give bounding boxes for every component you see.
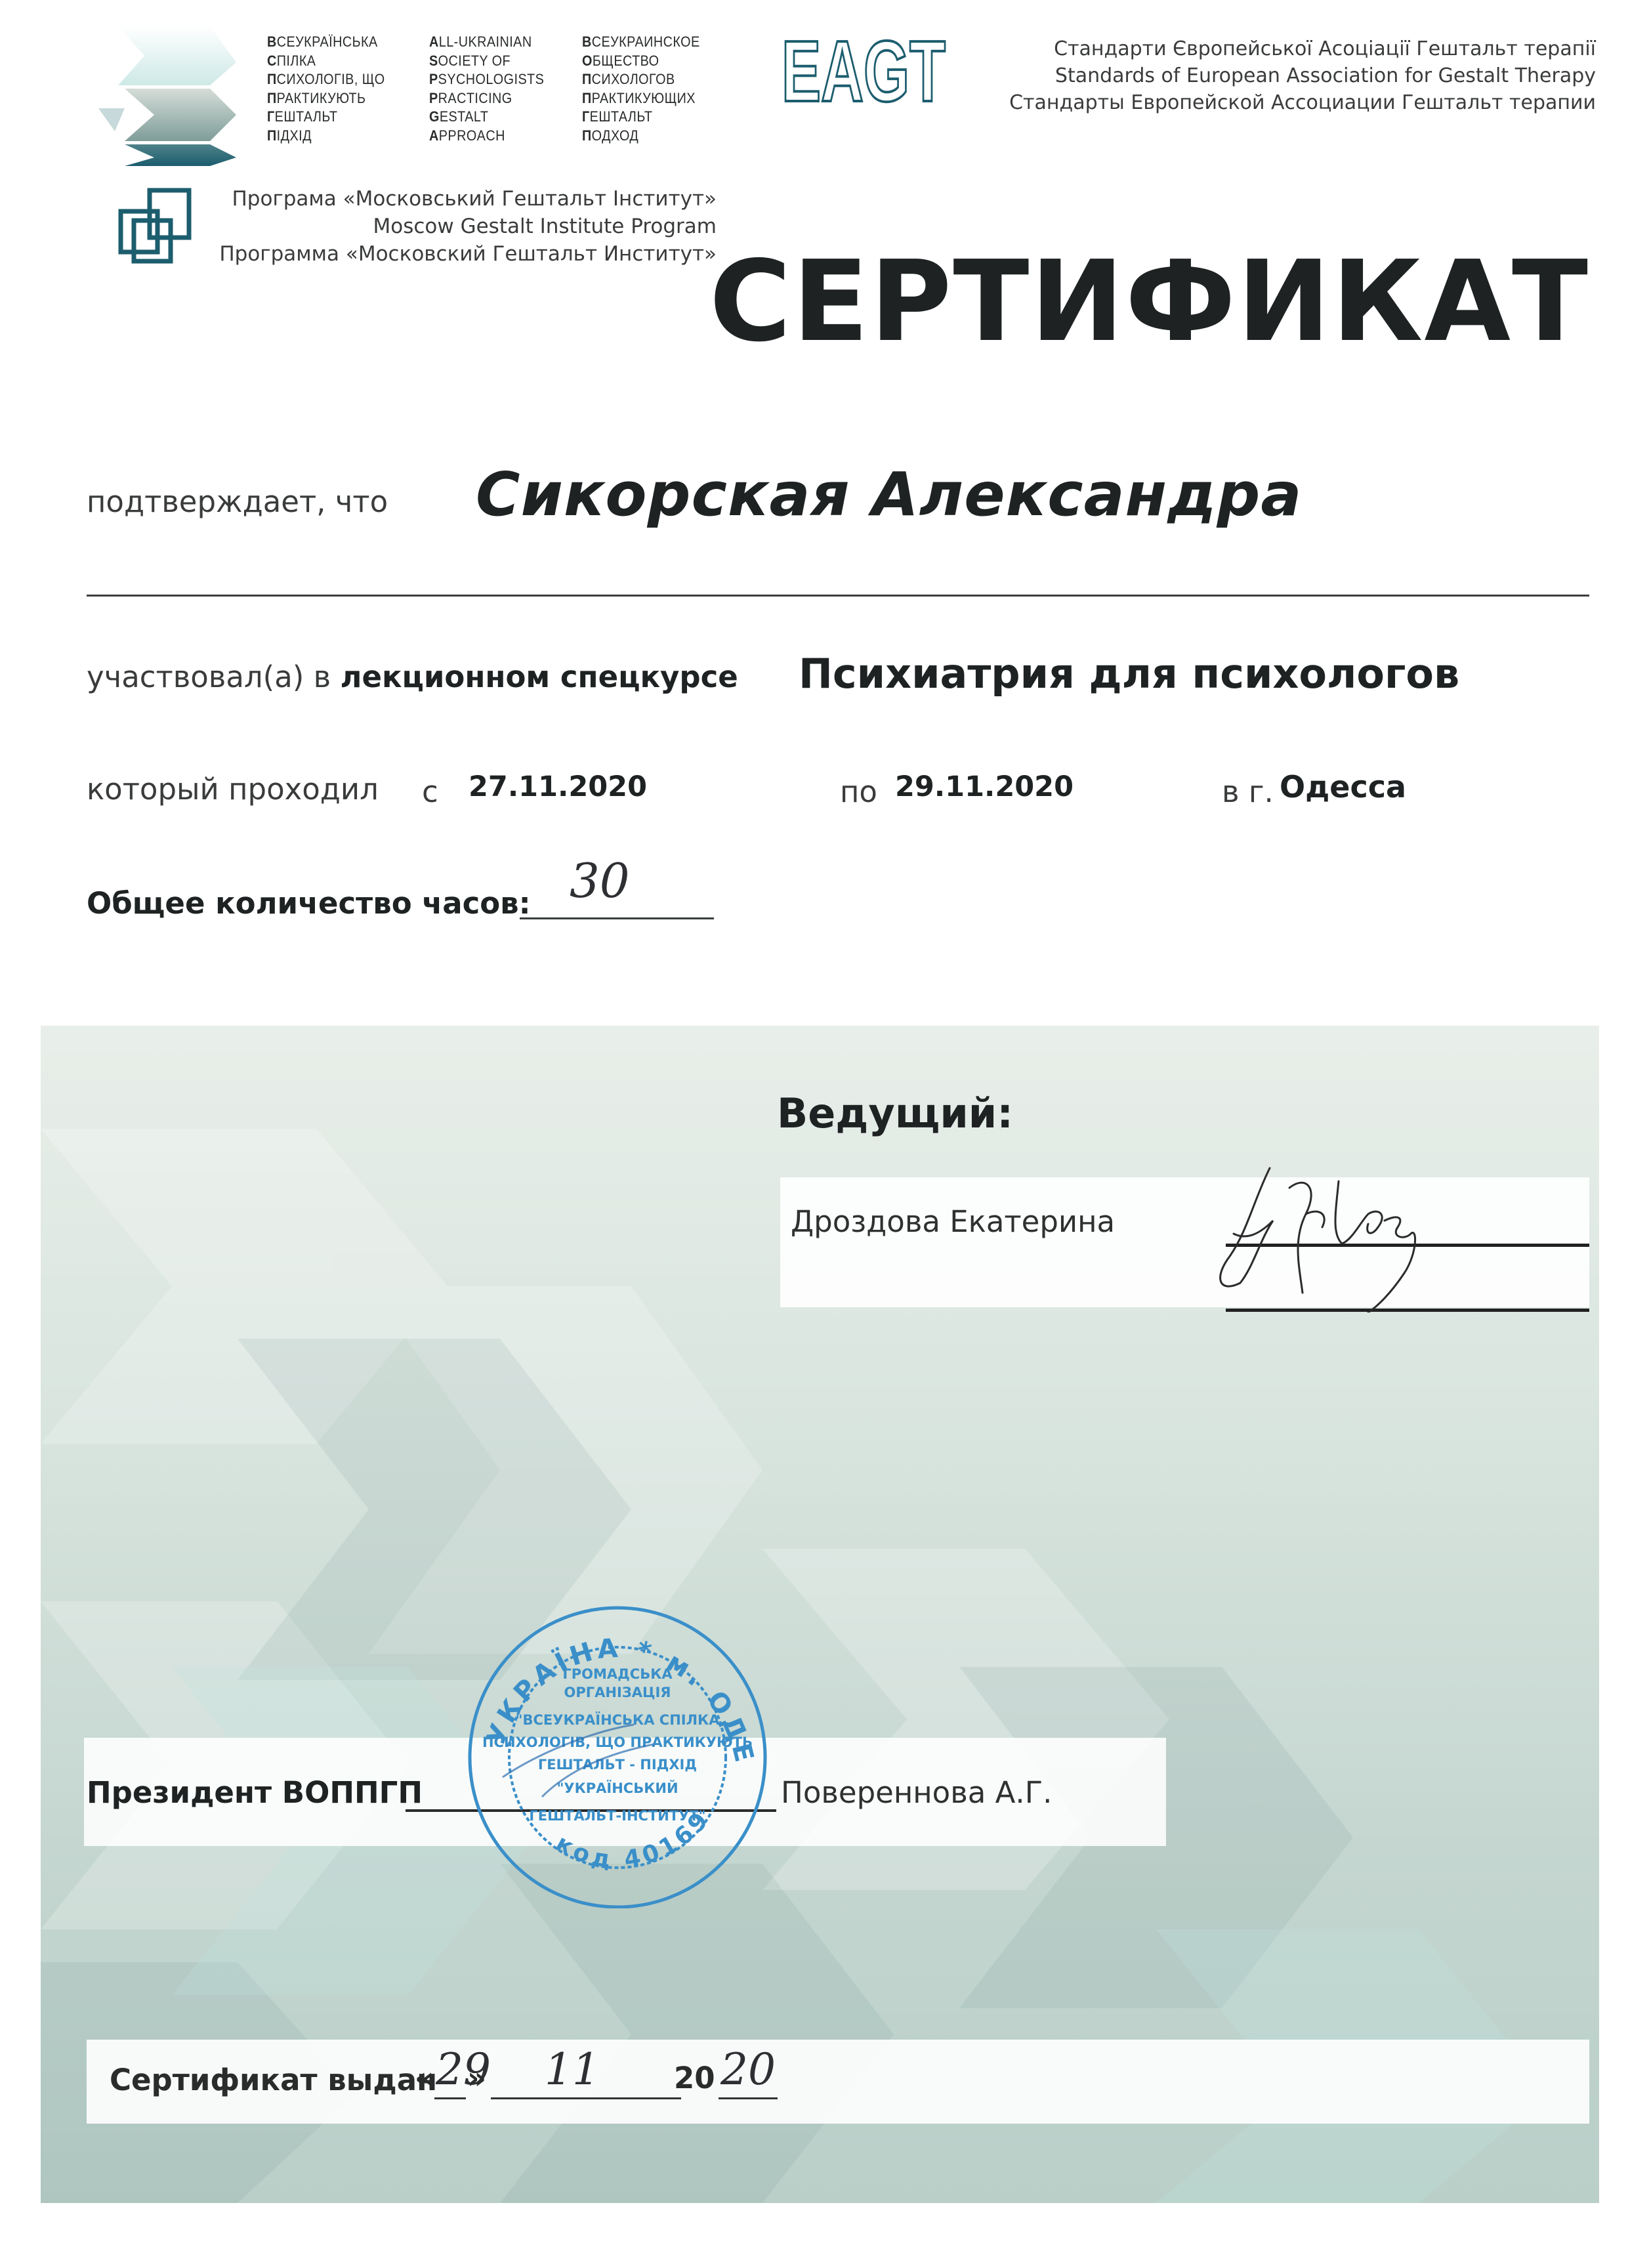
- org-ua-line: Всеукраїнська: [267, 33, 385, 52]
- org-name-ru: Всеукраинское Общество Психологов Практи…: [582, 33, 700, 145]
- hours-value: 30: [570, 853, 630, 908]
- leader-box: [780, 1177, 1589, 1307]
- confirms-label: подтверждает, что: [87, 484, 388, 519]
- participated-bold: лекционном спецкурсе: [341, 660, 738, 694]
- day-underline: [434, 2097, 466, 2099]
- org-ru-line: Гештальт: [582, 108, 700, 127]
- org-name-en: All-Ukrainian Society of Psychologists P…: [429, 33, 544, 145]
- president-label: Президент ВОППГП: [87, 1775, 423, 1810]
- svg-text:ПСИХОЛОГІВ, ЩО ПРАКТИКУЮТЬ: ПСИХОЛОГІВ, ЩО ПРАКТИКУЮТЬ: [482, 1734, 753, 1750]
- mgi-logo-icon: [118, 188, 192, 264]
- org-ru-line: Всеукраинское: [582, 33, 700, 52]
- month-underline: [491, 2097, 681, 2099]
- program-line-ua: Програма «Московський Гештальт Інститут»: [219, 185, 717, 213]
- name-underline: [87, 595, 1589, 597]
- org-en-line: Psychologists: [429, 70, 544, 89]
- org-ua-line: Підхід: [267, 127, 385, 146]
- leader-signature-icon: [1207, 1162, 1444, 1312]
- org-en-line: Gestalt: [429, 108, 544, 127]
- city-label: в г.: [1222, 774, 1274, 809]
- vsppgp-logo-icon: [98, 26, 243, 171]
- mgi-program: Програма «Московський Гештальт Інститут»…: [219, 185, 717, 268]
- participated-label: участвовал(а) в лекционном спецкурсе: [87, 660, 738, 694]
- org-ru-line: Психологов: [582, 70, 700, 89]
- certificate-title: СЕРТИФИКАТ: [709, 246, 1589, 358]
- svg-text:EAGT: EAGT: [782, 30, 946, 109]
- president-name: Повереннова А.Г.: [781, 1775, 1052, 1810]
- org-en-line: Society of: [429, 52, 544, 71]
- date-to: 29.11.2020: [895, 770, 1074, 803]
- svg-text:ОРГАНІЗАЦІЯ: ОРГАНІЗАЦІЯ: [564, 1685, 671, 1700]
- svg-text:ГРОМАДСЬКА: ГРОМАДСЬКА: [562, 1666, 673, 1682]
- org-ua-line: Практикують: [267, 89, 385, 108]
- to-label: по: [840, 774, 877, 809]
- org-en-line: Approach: [429, 127, 544, 146]
- organization-stamp-icon: УКРАЇНА * м. ОДЕСА * код 40169869 ГРОМАД…: [463, 1600, 772, 1908]
- standards-line-en: Standards of European Association for Ge…: [1009, 62, 1596, 89]
- org-name-ua: Всеукраїнська Спілка Психологів, що Прак…: [267, 33, 385, 145]
- held-label: который проходил: [87, 772, 379, 807]
- org-ua-line: Спілка: [267, 52, 385, 71]
- org-ua-line: Гештальт: [267, 108, 385, 127]
- leader-name: Дроздова Екатерина: [791, 1204, 1115, 1239]
- course-name: Психиатрия для психологов: [799, 650, 1459, 698]
- issue-month: 11: [545, 2044, 600, 2095]
- hours-label: Общее количество часов:: [87, 886, 531, 921]
- close-quote: »: [467, 2061, 486, 2095]
- year-underline: [719, 2097, 778, 2099]
- eagt-logo-icon: EAGT: [780, 30, 948, 109]
- svg-text:"ВСЕУКРАЇНСЬКА СПІЛКА: "ВСЕУКРАЇНСЬКА СПІЛКА: [516, 1711, 720, 1728]
- program-line-en: Moscow Gestalt Institute Program: [219, 213, 717, 240]
- recipient-name: Сикорская Александра: [476, 459, 1302, 530]
- org-ua-line: Психологів, що: [267, 70, 385, 89]
- org-en-line: All-Ukrainian: [429, 33, 544, 52]
- issue-year: 20: [720, 2044, 776, 2095]
- org-ru-line: Подход: [582, 127, 700, 146]
- org-ru-line: Практикующих: [582, 89, 700, 108]
- org-en-line: Practicing: [429, 89, 544, 108]
- svg-text:ГЕШТАЛЬТ - ПІДХІД: ГЕШТАЛЬТ - ПІДХІД: [538, 1757, 697, 1773]
- city: Одесса: [1280, 769, 1406, 805]
- date-from: 27.11.2020: [469, 770, 647, 803]
- svg-text:"УКРАЇНСЬКИЙ: "УКРАЇНСЬКИЙ: [556, 1780, 678, 1796]
- year-prefix: 20: [674, 2061, 715, 2095]
- standards-line-ru: Стандарты Европейской Ассоциации Гешталь…: [1009, 89, 1596, 116]
- program-line-ru: Программа «Московский Гештальт Институт»: [219, 240, 717, 268]
- standards-line-ua: Стандарти Європейської Асоціації Гешталь…: [1009, 35, 1596, 62]
- eagt-standards: Стандарти Європейської Асоціації Гешталь…: [1009, 35, 1596, 116]
- from-label: с: [422, 774, 438, 809]
- participated-text: участвовал(а) в: [87, 660, 331, 694]
- org-ru-line: Общество: [582, 52, 700, 71]
- svg-text:ГЕШТАЛЬТ-ІНСТИТУТ": ГЕШТАЛЬТ-ІНСТИТУТ": [529, 1808, 705, 1824]
- open-quote: «: [415, 2061, 434, 2095]
- hours-underline: [520, 917, 714, 919]
- issue-label: Сертификат выдан: [110, 2063, 437, 2097]
- leader-title: Ведущий:: [777, 1089, 1013, 1137]
